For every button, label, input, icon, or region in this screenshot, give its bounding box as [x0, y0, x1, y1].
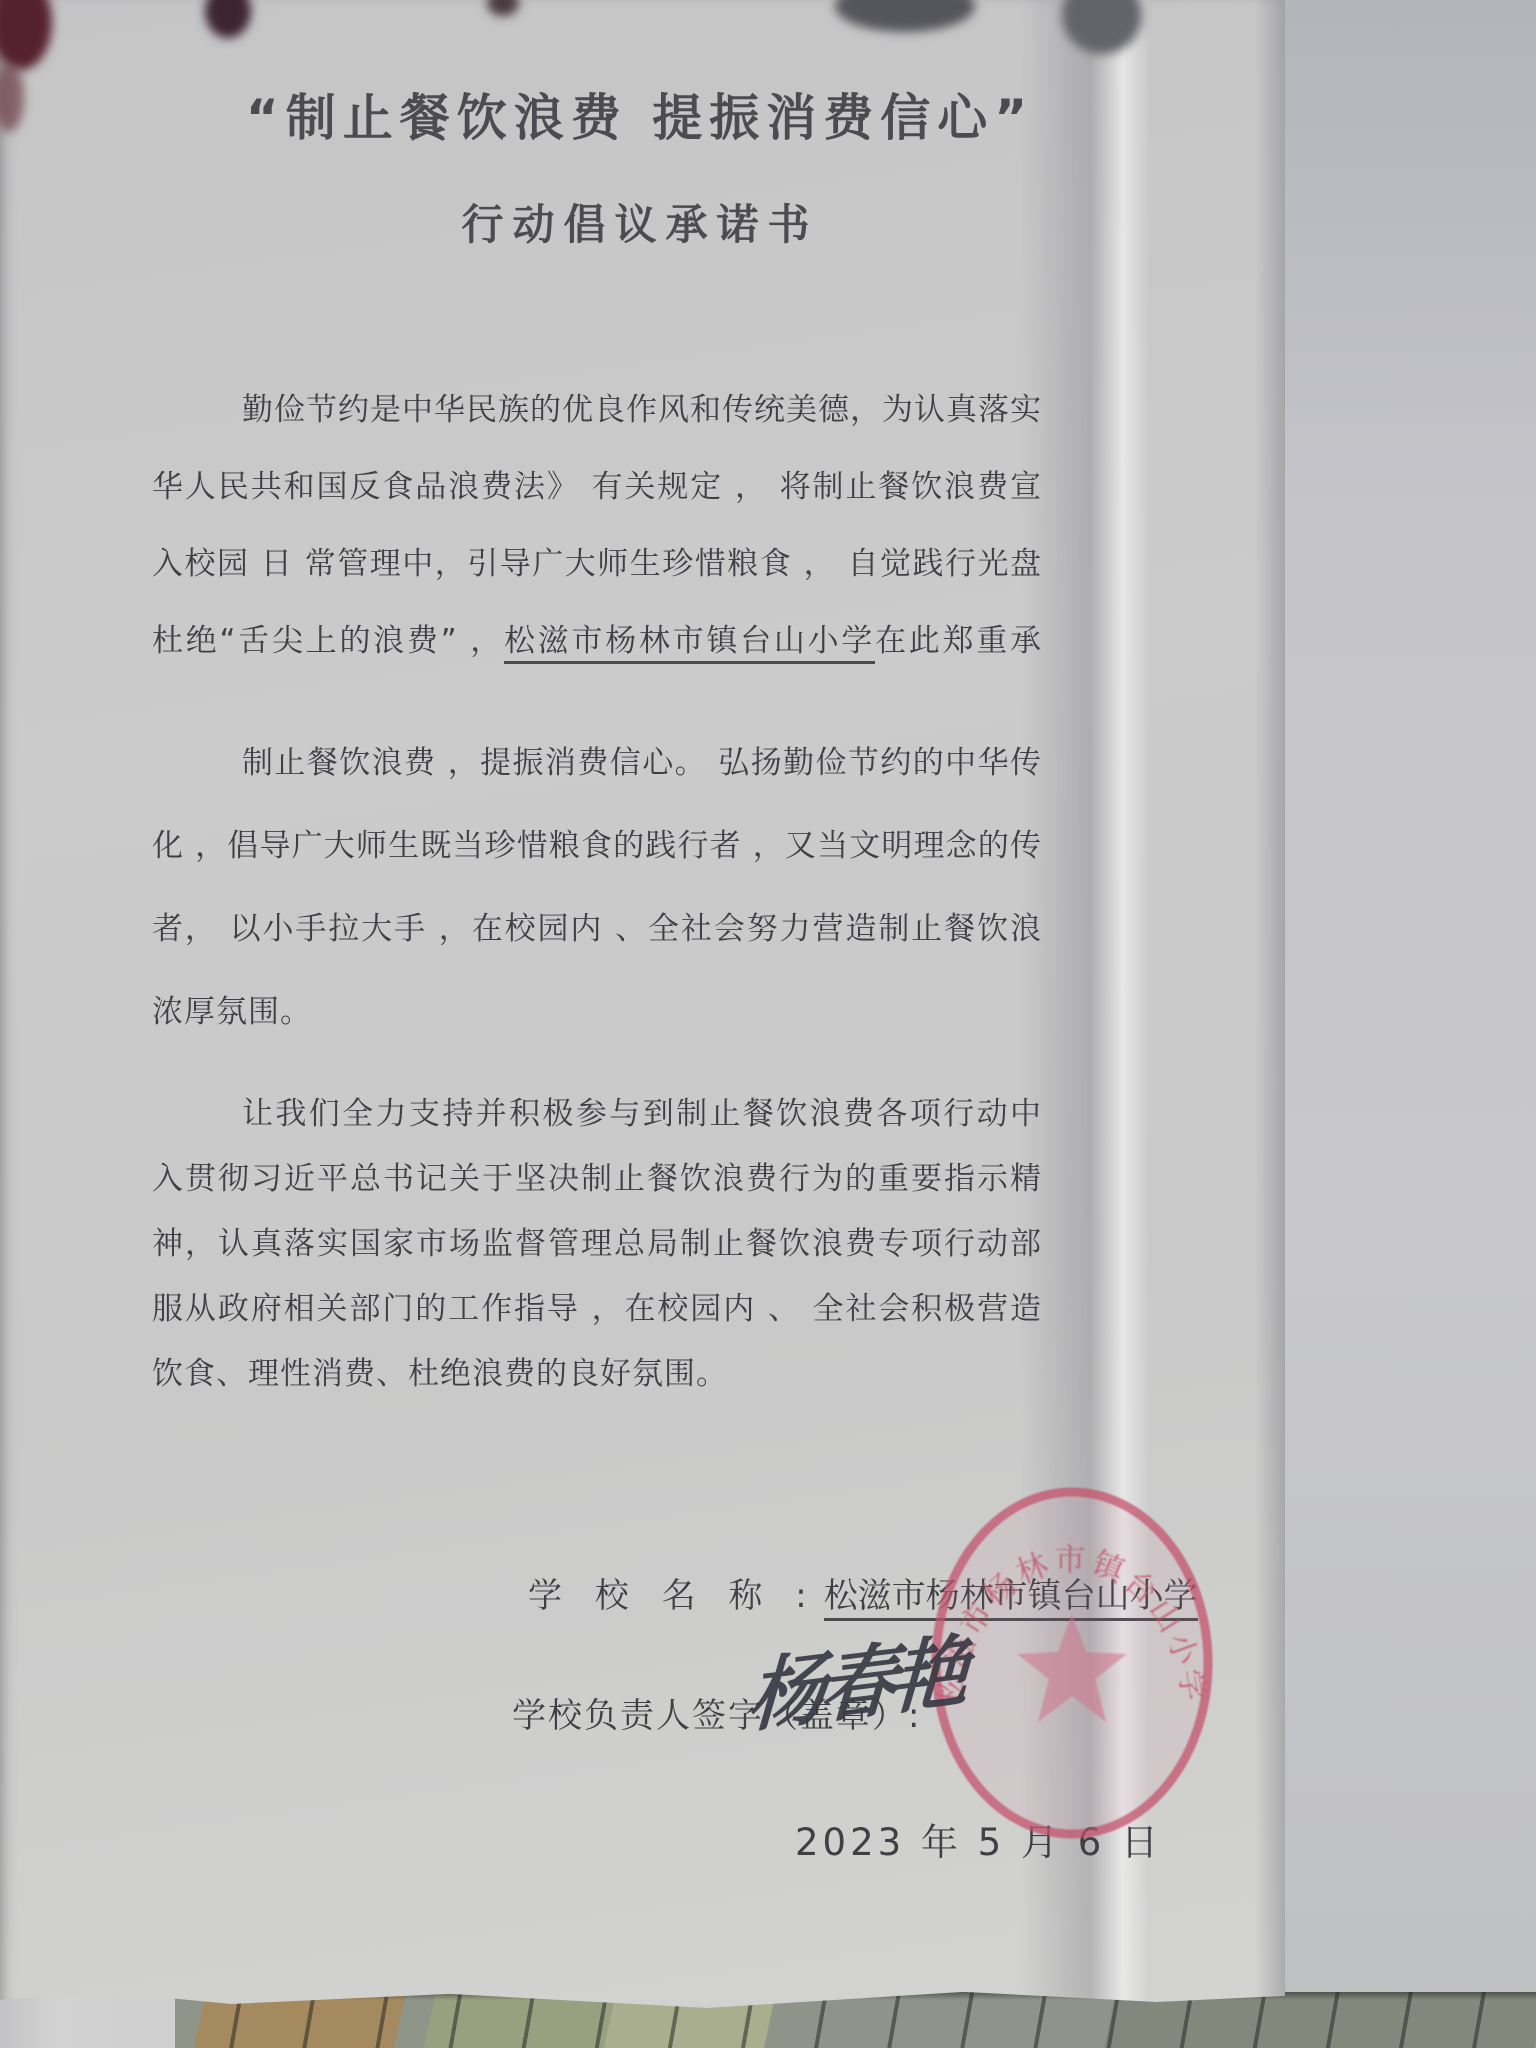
text-line: 让我们全力支持并积极参与到制止餐饮浪费各项行动中 ， 深 — [152, 1082, 1042, 1147]
document-title: “制止餐饮浪费 提振消费信心” — [160, 78, 1120, 150]
text-line: 入贯彻习近平总书记关于坚决制止餐饮浪费行为的重要指示精 — [152, 1147, 1042, 1212]
paragraph-2: 制止餐饮浪费 ，提振消费信心。 弘扬勤俭节约的中华传统文 化 ，倡导广大师生既当… — [152, 722, 1042, 1054]
floor-tiles — [170, 1992, 1536, 2048]
paragraph-1: 勤俭节约是中华民族的优良作风和传统美德，为认真落实《中 华人民共和国反食品浪费法… — [152, 372, 1042, 680]
paragraph-3: 让我们全力支持并积极参与到制止餐饮浪费各项行动中 ， 深 入贯彻习近平总书记关于… — [152, 1082, 1042, 1407]
text-line: 化 ，倡导广大师生既当珍惜粮食的践行者 ，又当文明理念的传播 — [152, 805, 1042, 888]
text-line: 神，认真落实国家市场监督管理总局制止餐饮浪费专项行动部署， — [152, 1212, 1042, 1277]
text-line: 浓厚氛围。 — [152, 971, 1042, 1054]
text-line: 杜绝“舌尖上的浪费” ，松滋市杨林市镇台山小学在此郑重承诺： — [152, 603, 1042, 680]
school-name-label: 学 校 名 称 : — [528, 1576, 818, 1616]
text-line: 勤俭节约是中华民族的优良作风和传统美德，为认真落实《中 — [152, 372, 1042, 449]
text-line: 者， 以小手拉大手 ，在校园内 、全社会努力营造制止餐饮浪费的 — [152, 888, 1042, 971]
photo-of-document: “制止餐饮浪费 提振消费信心” 行动倡议承诺书 勤俭节约是中华民族的优良作风和传… — [0, 0, 1536, 2048]
official-seal-stamp: 松滋市杨林市镇台山小学 — [918, 1472, 1226, 1854]
paper-bottom-left-corner — [0, 1990, 175, 2048]
text-line: 入校园 日 常管理中，引导广大师生珍惜粮食 ， 自觉践行光盘行动， — [152, 526, 1042, 603]
paper-right-edge — [1255, 0, 1285, 2012]
school-name-underlined: 松滋市杨林市镇台山小学 — [504, 623, 875, 664]
document-subtitle: 行动倡议承诺书 — [160, 192, 1120, 252]
text-segment: 杜绝“舌尖上的浪费” ， — [152, 623, 504, 659]
background-wall — [1270, 0, 1536, 2048]
text-line: 饮食、理性消费、杜绝浪费的良好氛围。 — [152, 1342, 1042, 1407]
text-line: 服从政府相关部门的工作指导 ，在校园内 、 全社会积极营造科学 — [152, 1277, 1042, 1342]
text-line: 制止餐饮浪费 ，提振消费信心。 弘扬勤俭节约的中华传统文 — [152, 722, 1042, 805]
floor-tile-seams — [170, 1992, 1536, 2048]
text-line: 华人民共和国反食品浪费法》 有关规定 ， 将制止餐饮浪费宣传融 — [152, 449, 1042, 526]
